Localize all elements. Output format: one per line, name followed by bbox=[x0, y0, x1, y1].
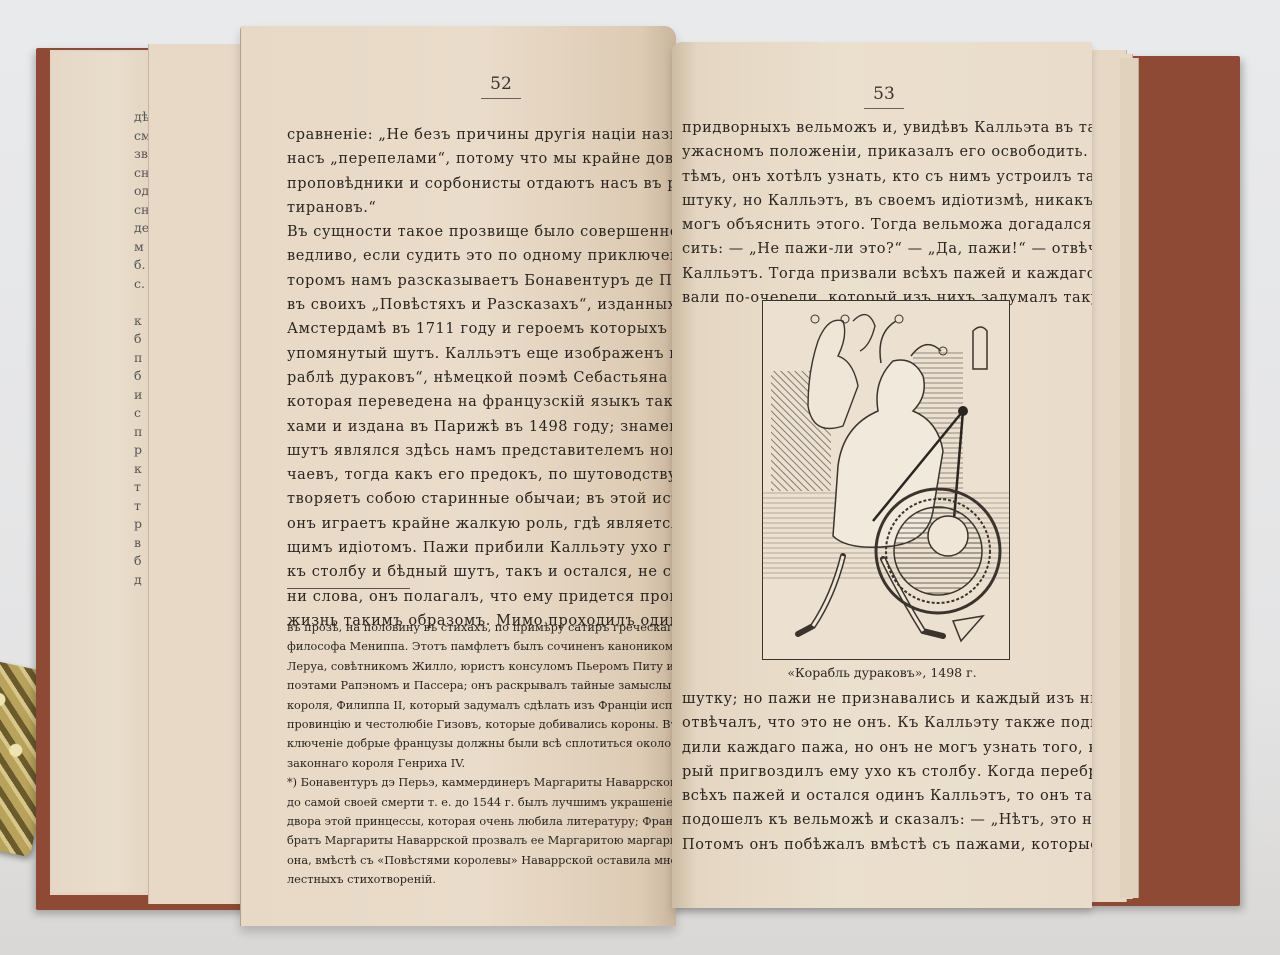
text-line: ужасномъ положеніи, приказалъ его освобо… bbox=[682, 140, 1092, 164]
text-line: къ столбу и бѣдный шутъ, такъ и остался,… bbox=[287, 560, 679, 584]
text-line: шутъ являлся здѣсь намъ представителемъ … bbox=[287, 439, 679, 463]
text-line: до самой своей смерти т. е. до 1544 г. б… bbox=[287, 793, 679, 812]
page-number: 52 bbox=[471, 74, 531, 99]
text-line: которая переведена на французскій языкъ … bbox=[287, 390, 679, 414]
partial-left-page: дѣсмзвснодсндемб.с.кбпбиспркттрвбд bbox=[52, 52, 163, 892]
text-line: въ своихъ „Повѣстяхъ и Разсказахъ“, изда… bbox=[287, 293, 679, 317]
text-line: ключеніе добрые французы должны были всѣ… bbox=[287, 734, 679, 753]
text-line: придворныхъ вельможъ и, увидѣвъ Калльэта… bbox=[682, 116, 1092, 140]
text-line: чаевъ, тогда какъ его предокъ, по шутово… bbox=[287, 463, 679, 487]
figure-caption: «Корабль дураковъ», 1498 г. bbox=[732, 665, 1032, 680]
text-line: лестныхъ стихотвореній. bbox=[287, 870, 679, 889]
text-line: онъ играетъ крайне жалкую роль, гдѣ явля… bbox=[287, 512, 679, 536]
text-line: ведливо, если судить это по одному прикл… bbox=[287, 244, 679, 268]
woodcut-illustration bbox=[762, 300, 1010, 660]
text-line: всѣхъ пажей и остался одинъ Калльэтъ, то… bbox=[682, 784, 1092, 808]
text-line: раблѣ дураковъ“, нѣмецкой поэмѣ Себастья… bbox=[287, 366, 679, 390]
text-line: Потомъ онъ побѣжалъ вмѣстѣ съ пажами, ко… bbox=[682, 833, 1092, 857]
text-line: упомянутый шутъ. Калльэтъ еще изображенъ… bbox=[287, 342, 679, 366]
page-53-body-text-bottom: шутку; но пажи не признавались и каждый … bbox=[682, 687, 1092, 857]
text-line: *) Бонавентуръ дэ Перьэ, каммердинеръ Ма… bbox=[287, 773, 679, 792]
text-line: подошелъ къ вельможѣ и сказалъ: — „Нѣтъ,… bbox=[682, 808, 1092, 832]
text-line: хами и издана въ Парижѣ въ 1498 году; зн… bbox=[287, 415, 679, 439]
text-line: короля, Филиппа II, который задумалъ сдѣ… bbox=[287, 696, 679, 715]
text-line: Амстердамѣ въ 1711 году и героемъ которы… bbox=[287, 317, 679, 341]
page-53: 53 придворныхъ вельможъ и, увидѣвъ Калль… bbox=[672, 42, 1092, 908]
text-line: проповѣдники и сорбонисты отдаютъ насъ в… bbox=[287, 172, 679, 196]
jester-woodcut-image bbox=[763, 301, 1009, 659]
text-line: дили каждаго пажа, но онъ не могъ узнать… bbox=[682, 736, 1092, 760]
footnote-divider bbox=[287, 588, 410, 589]
text-line: штуку, но Калльэтъ, въ своемъ идіотизмѣ,… bbox=[682, 189, 1092, 213]
text-line: сравненіе: „Не безъ причины другія націи… bbox=[287, 123, 679, 147]
text-line: братъ Маргариты Наваррской прозвалъ ее М… bbox=[287, 831, 679, 850]
text-line: Леруа, совѣтникомъ Жилло, юристъ консуло… bbox=[287, 657, 679, 676]
page-53-body-text-top: придворныхъ вельможъ и, увидѣвъ Калльэта… bbox=[682, 116, 1092, 310]
text-line: торомъ намъ разсказываетъ Бонавентуръ де… bbox=[287, 269, 679, 293]
page-52-footnotes: въ прозѣ, на половину въ стихахъ, по при… bbox=[287, 618, 679, 889]
text-line: насъ „перепелами“, потому что мы крайне … bbox=[287, 147, 679, 171]
text-line: рый пригвоздилъ ему ухо къ столбу. Когда… bbox=[682, 760, 1092, 784]
text-line: Въ сущности такое прозвище было совершен… bbox=[287, 220, 679, 244]
text-line: провинцію и честолюбіе Гизовъ, которые д… bbox=[287, 715, 679, 734]
page-stack-right-3 bbox=[1120, 58, 1139, 898]
text-line: законнаго короля Генриха IV. bbox=[287, 754, 679, 773]
page-52-body-text: сравненіе: „Не безъ причины другія націи… bbox=[287, 123, 679, 633]
text-line: она, вмѣстѣ съ «Повѣстями королевы» Нава… bbox=[287, 851, 679, 870]
text-line: тирановъ.“ bbox=[287, 196, 679, 220]
text-line: могъ объяснить этого. Тогда вельможа дог… bbox=[682, 213, 1092, 237]
page-number: 53 bbox=[854, 84, 914, 109]
text-line: шутку; но пажи не признавались и каждый … bbox=[682, 687, 1092, 711]
text-line: тѣмъ, онъ хотѣлъ узнать, кто съ нимъ уст… bbox=[682, 165, 1092, 189]
page-52: 52 сравненіе: „Не безъ причины другія на… bbox=[240, 26, 676, 926]
text-line: Калльэтъ. Тогда призвали всѣхъ пажей и к… bbox=[682, 262, 1092, 286]
page-stack-left-edge bbox=[148, 44, 249, 904]
text-line: двора этой принцессы, которая очень люби… bbox=[287, 812, 679, 831]
text-line: въ прозѣ, на половину въ стихахъ, по при… bbox=[287, 618, 679, 637]
text-line: поэтами Рапэномъ и Пассера; онъ раскрыва… bbox=[287, 676, 679, 695]
book-photo-scene: дѣсмзвснодсндемб.с.кбпбиспркттрвбд 52 ср… bbox=[0, 0, 1280, 955]
text-line: сить: — „Не пажи-ли это?“ — „Да, пажи!“ … bbox=[682, 237, 1092, 261]
text-line: творяетъ собою старинные обычаи; въ этой… bbox=[287, 487, 679, 511]
text-line: философа Мениппа. Этотъ памфлетъ былъ со… bbox=[287, 637, 679, 656]
text-line: щимъ идіотомъ. Пажи прибили Калльэту ухо… bbox=[287, 536, 679, 560]
text-line: отвѣчалъ, что это не онъ. Къ Калльэту та… bbox=[682, 711, 1092, 735]
